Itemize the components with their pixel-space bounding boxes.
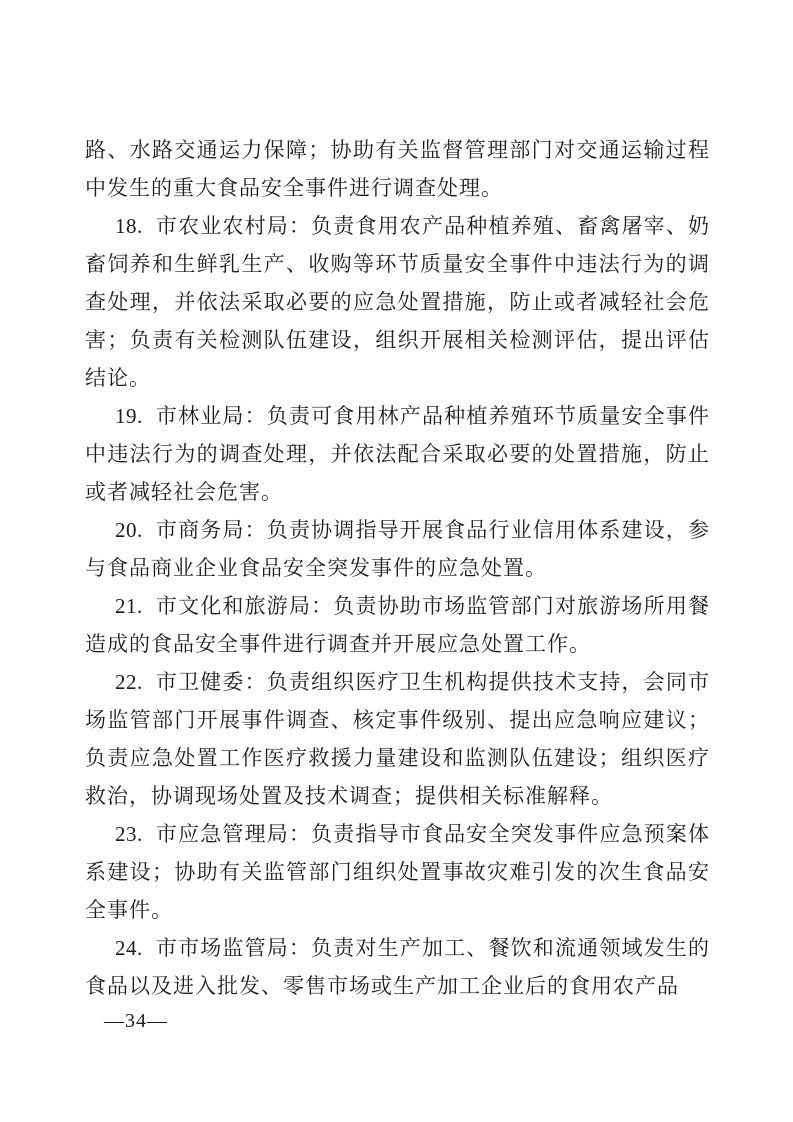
page-number: —34— <box>104 1010 168 1032</box>
paragraph-20: 20.市商务局：负责协调指导开展食品行业信用体系建设，参与食品商业企业食品安全突… <box>85 511 710 587</box>
paragraph-number: 18. <box>115 214 143 238</box>
paragraph-text: 路、水路交通运力保障；协助有关监督管理部门对交通运输过程中发生的重大食品安全事件… <box>85 138 710 200</box>
paragraph-number: 21. <box>115 594 143 618</box>
paragraph-text: 市农业农村局：负责食用农产品种植养殖、畜禽屠宰、奶畜饲养和生鲜乳生产、收购等环节… <box>85 214 710 390</box>
paragraph-24: 24.市市场监管局：负责对生产加工、餐饮和流通领域发生的食品以及进入批发、零售市… <box>85 929 710 1005</box>
paragraph-number: 23. <box>115 822 143 846</box>
paragraph-18: 18.市农业农村局：负责食用农产品种植养殖、畜禽屠宰、奶畜饲养和生鲜乳生产、收购… <box>85 207 710 397</box>
paragraph-number: 24. <box>115 936 143 960</box>
paragraph-text: 市卫健委：负责组织医疗卫生机构提供技术支持，会同市场监管部门开展事件调查、核定事… <box>85 670 710 808</box>
paragraph-number: 20. <box>115 518 143 542</box>
paragraph-23: 23.市应急管理局：负责指导市食品安全突发事件应急预案体系建设；协助有关监管部门… <box>85 815 710 929</box>
paragraph-22: 22.市卫健委：负责组织医疗卫生机构提供技术支持，会同市场监管部门开展事件调查、… <box>85 663 710 815</box>
paragraph-continuation: 路、水路交通运力保障；协助有关监督管理部门对交通运输过程中发生的重大食品安全事件… <box>85 131 710 207</box>
document-body: 路、水路交通运力保障；协助有关监督管理部门对交通运输过程中发生的重大食品安全事件… <box>85 131 710 1005</box>
paragraph-text: 市文化和旅游局：负责协助市场监管部门对旅游场所用餐造成的食品安全事件进行调查并开… <box>85 594 710 656</box>
paragraph-text: 市林业局：负责可食用林产品种植养殖环节质量安全事件中违法行为的调查处理，并依法配… <box>85 404 710 504</box>
paragraph-text: 市商务局：负责协调指导开展食品行业信用体系建设，参与食品商业企业食品安全突发事件… <box>85 518 710 580</box>
paragraph-19: 19.市林业局：负责可食用林产品种植养殖环节质量安全事件中违法行为的调查处理，并… <box>85 397 710 511</box>
paragraph-text: 市应急管理局：负责指导市食品安全突发事件应急预案体系建设；协助有关监管部门组织处… <box>85 822 710 922</box>
paragraph-number: 19. <box>115 404 143 428</box>
document-page: 路、水路交通运力保障；协助有关监督管理部门对交通运输过程中发生的重大食品安全事件… <box>0 0 793 1122</box>
paragraph-number: 22. <box>115 670 143 694</box>
paragraph-21: 21.市文化和旅游局：负责协助市场监管部门对旅游场所用餐造成的食品安全事件进行调… <box>85 587 710 663</box>
paragraph-text: 市市场监管局：负责对生产加工、餐饮和流通领域发生的食品以及进入批发、零售市场或生… <box>85 936 710 998</box>
page-footer: —34— <box>104 1010 168 1033</box>
